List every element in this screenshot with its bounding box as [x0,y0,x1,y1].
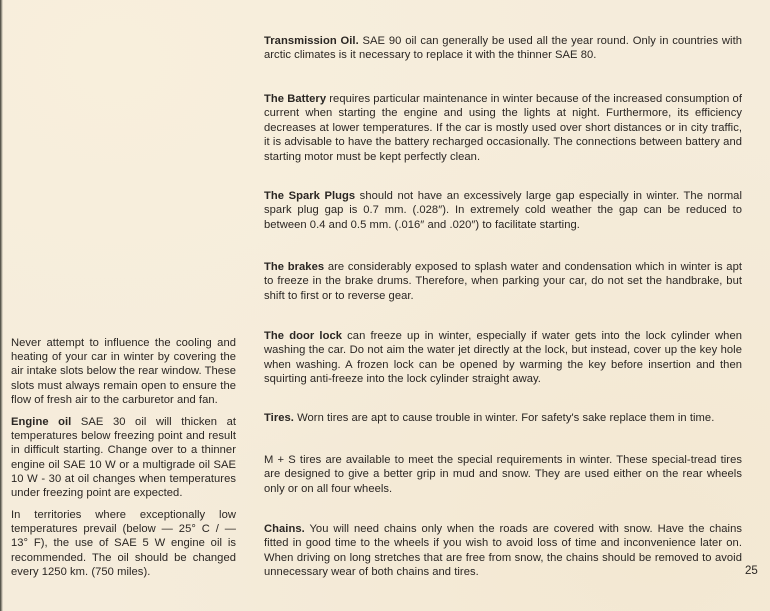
section-ms-tires: M + S tires are available to meet the sp… [264,453,742,496]
paragraph-engine-oil: Engine oil SAE 30 oil will thicken at te… [11,415,236,500]
section-body: requires particular maintenance in winte… [264,93,742,163]
section-brakes: The brakes are considerably exposed to s… [264,260,742,303]
manual-page: Transmission Oil. SAE 90 oil can general… [0,0,770,611]
section-door-lock: The door lock can freeze up in winter, e… [264,329,742,387]
paragraph-heading: Engine oil [11,416,71,428]
paragraph-body: In territories where exceptionally low t… [11,509,236,578]
section-battery: The Battery requires particular maintena… [264,92,742,164]
section-heading: The brakes [264,261,324,273]
section-body: are considerably exposed to splash water… [264,261,742,302]
section-body: Worn tires are apt to cause trouble in w… [294,412,714,424]
section-tires: Tires. Worn tires are apt to cause troub… [264,411,742,425]
section-heading: The door lock [264,330,342,342]
section-heading: Chains. [264,523,305,535]
section-transmission-oil: Transmission Oil. SAE 90 oil can general… [264,34,742,63]
paragraph-body: SAE 30 oil will thicken at temperatures … [11,416,236,499]
section-chains: Chains. You will need chains only when t… [264,522,742,580]
page-number: 25 [745,565,758,577]
section-body: M + S tires are available to meet the sp… [264,454,742,495]
section-heading: Tires. [264,412,294,424]
section-heading: The Battery [264,93,326,105]
paragraph-low-temperatures: In territories where exceptionally low t… [11,508,236,579]
scan-edge-shadow [0,0,3,611]
paragraph-cooling-heating: Never attempt to influence the cooling a… [11,336,236,407]
section-heading: The Spark Plugs [264,190,355,202]
section-heading: Transmission Oil. [264,35,359,47]
section-spark-plugs: The Spark Plugs should not have an exces… [264,189,742,232]
paragraph-body: Never attempt to influence the cooling a… [11,337,236,406]
section-body: You will need chains only when the roads… [264,523,742,578]
